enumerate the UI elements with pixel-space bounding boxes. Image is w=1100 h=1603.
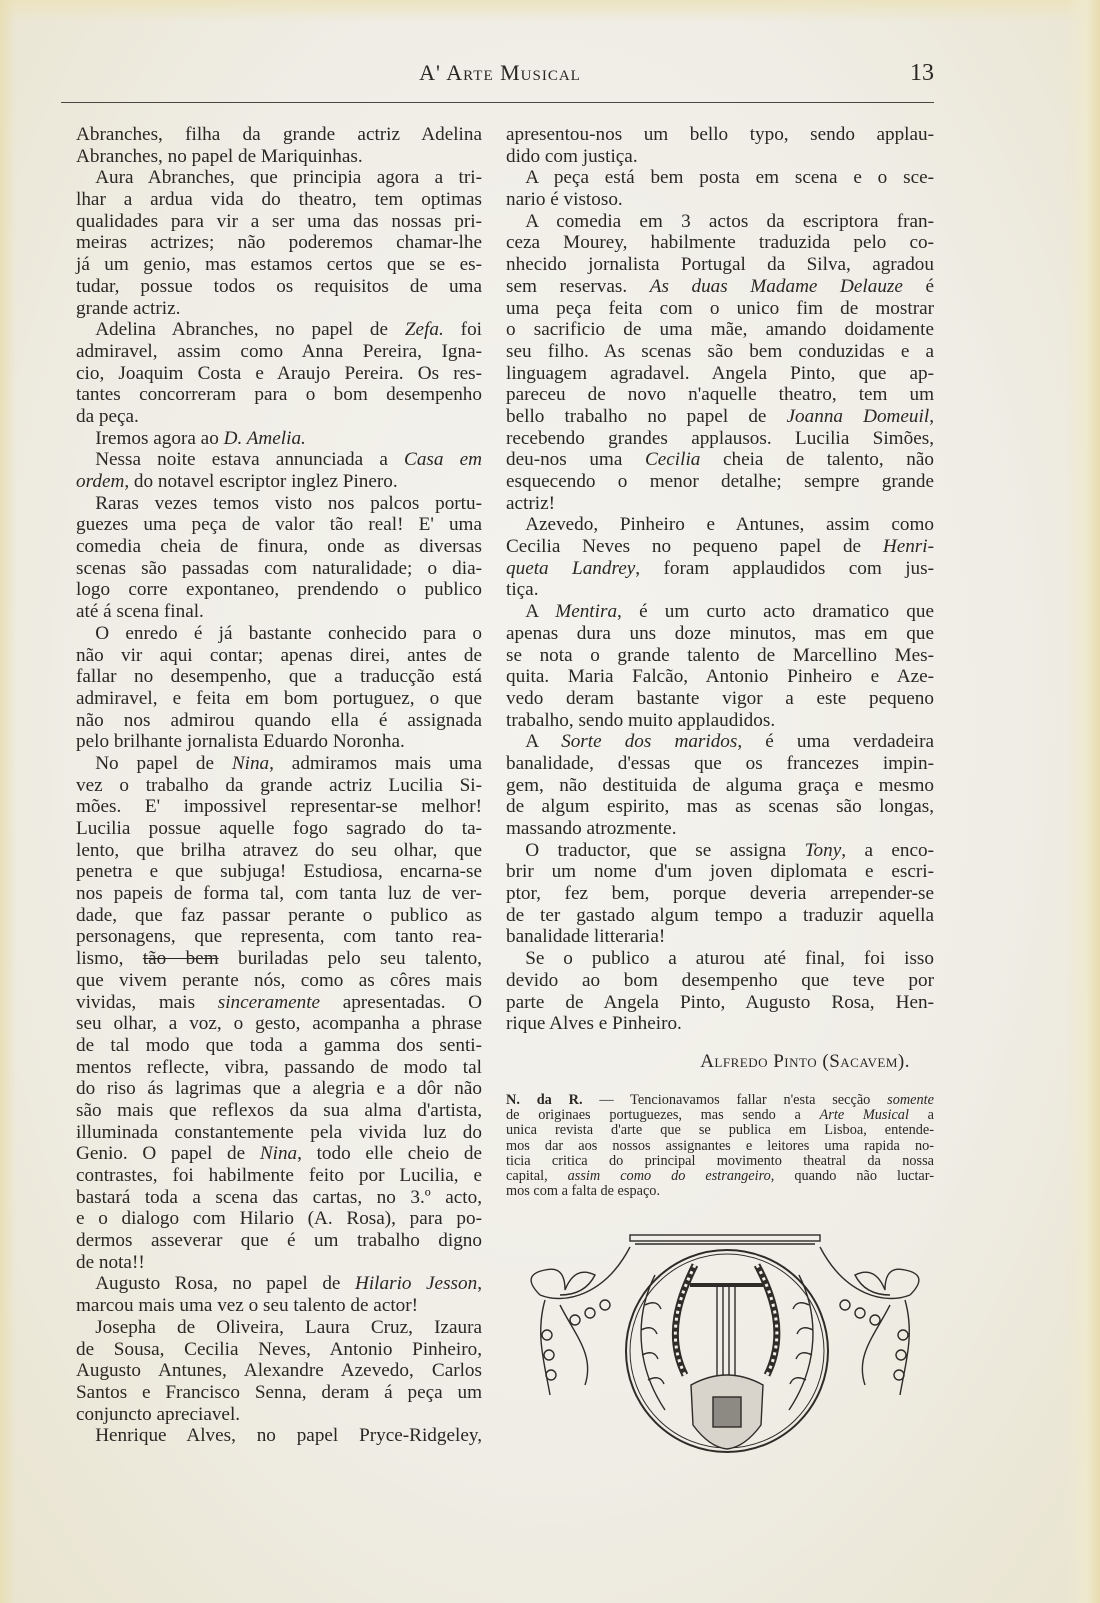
text-line: Cecilia Neves no pequeno papel de Henri- [506, 536, 934, 558]
text-line: capital, assim como do estrangeiro, quan… [506, 1169, 934, 1184]
text-line: Raras vezes temos visto nos palcos portu… [76, 493, 482, 515]
text-line: brir um nome d'um joven diplomata e escr… [506, 861, 934, 883]
text-line: apenas dura uns doze minutos, mas em que [506, 623, 934, 645]
text-line: No papel de Nina, admiramos mais uma [76, 753, 482, 775]
text-line: tudar, possue todos os requisitos de uma [76, 276, 482, 298]
text-line: vedo deram bastante vigor a este pequeno [506, 688, 934, 710]
text-line: Abranches, filha da grande actriz Adelin… [76, 124, 482, 146]
text-line: lhar a ardua vida do theatro, tem optima… [76, 189, 482, 211]
text-line: Augusto Rosa, no papel de Hilario Jesson… [76, 1273, 482, 1295]
text-line: dermos asseverar que é um trabalho digno [76, 1230, 482, 1252]
text-line: até á scena final. [76, 601, 482, 623]
text-line: apresentou-nos um bello typo, sendo appl… [506, 124, 934, 146]
text-line: de tal modo que toda a gamma dos senti- [76, 1035, 482, 1057]
text-line: Abranches, no papel de Mariquinhas. [76, 146, 482, 168]
text-line: qualidades para vir a ser uma das nossas… [76, 211, 482, 233]
text-line: Aura Abranches, que principia agora a tr… [76, 167, 482, 189]
text-line: esquecendo o menor detalhe; sempre grand… [506, 471, 934, 493]
text-line: nos papeis de forma tal, com tanta luz d… [76, 883, 482, 905]
header-rule [61, 102, 934, 103]
text-line: são mais que reflexos da sua alma d'arti… [76, 1100, 482, 1122]
text-line: N. da R. — Tencionavamos fallar n'esta s… [506, 1093, 934, 1108]
text-line: contrastes, foi habilmente feito por Luc… [76, 1165, 482, 1187]
text-line: personagens, que representa, com tanto r… [76, 926, 482, 948]
text-line: tiça. [506, 579, 934, 601]
text-line: admiravel, assim como Anna Pereira, Igna… [76, 341, 482, 363]
text-line: seu olhar, a voz, o gesto, acompanha a p… [76, 1013, 482, 1035]
text-line: bello trabalho no papel de Joanna Domeui… [506, 406, 934, 428]
text-line: que vivem perante nós, como as côres mai… [76, 970, 482, 992]
text-line: scenas são passadas com naturalidade; o … [76, 558, 482, 580]
text-line: Augusto Antunes, Alexandre Azevedo, Carl… [76, 1360, 482, 1382]
text-line: ticia critica do principal movimento the… [506, 1154, 934, 1169]
text-line: Genio. O papel de Nina, todo elle cheio … [76, 1143, 482, 1165]
text-line: guezes uma peça de valor tão real! E' um… [76, 514, 482, 536]
journal-title: A' Arte Musical [60, 60, 940, 86]
text-line: de originaes portuguezes, mas sendo a Ar… [506, 1108, 934, 1123]
lyre-medallion-icon [505, 1225, 950, 1455]
text-line: cio, Joaquim Costa e Araujo Pereira. Os … [76, 363, 482, 385]
text-line: conjuncto apreciavel. [76, 1404, 482, 1426]
text-line: de Sousa, Cecilia Neves, Antonio Pinheir… [76, 1339, 482, 1361]
text-line: já um genio, mas estamos certos que se e… [76, 254, 482, 276]
author-signature: Alfredo Pinto (Sacavem). [650, 1051, 910, 1073]
text-line: Nessa noite estava annunciada a Casa em [76, 449, 482, 471]
text-line: vez o trabalho da grande actriz Lucilia … [76, 775, 482, 797]
text-line: rique Alves e Pinheiro. [506, 1013, 934, 1035]
paper-aged-edge-left [0, 0, 16, 1603]
text-line: Se o publico a aturou até final, foi iss… [506, 948, 934, 970]
text-line: ordem, do notavel escriptor inglez Piner… [76, 471, 482, 493]
text-line: pareceu de novo n'aquelle theatro, tem u… [506, 384, 934, 406]
text-line: massando atrozmente. [506, 818, 934, 840]
text-line: mentos reflecte, vibra, passando de modo… [76, 1057, 482, 1079]
text-line: grande actriz. [76, 298, 482, 320]
text-line: parte de Angela Pinto, Augusto Rosa, Hen… [506, 992, 934, 1014]
text-line: bastará toda a scena das cartas, no 3.º … [76, 1187, 482, 1209]
text-line: O enredo é já bastante conhecido para o [76, 623, 482, 645]
text-line: dido com justiça. [506, 146, 934, 168]
text-line: O traductor, que se assigna Tony, a enco… [506, 840, 934, 862]
text-line: não nos admirou quando ella é assignada [76, 710, 482, 732]
text-line: ceza Mourey, habilmente traduzida pelo c… [506, 232, 934, 254]
text-line: marcou mais uma vez o seu talento de act… [76, 1295, 482, 1317]
text-line: Josepha de Oliveira, Laura Cruz, Izaura [76, 1317, 482, 1339]
text-line: gem, não destituida de alguma graça e me… [506, 775, 934, 797]
text-line: de ter gastado algum tempo a traduzir aq… [506, 905, 934, 927]
text-line: queta Landrey, foram applaudidos com jus… [506, 558, 934, 580]
right-column: apresentou-nos um bello typo, sendo appl… [506, 124, 934, 1035]
text-line: linguagem agradavel. Angela Pinto, que a… [506, 363, 934, 385]
text-line: meiras actrizes; não poderemos chamar-lh… [76, 232, 482, 254]
text-line: mos com a falta de espaço. [506, 1184, 934, 1199]
text-line: fallar no desempenho, que a traducção es… [76, 666, 482, 688]
text-line: pelo brilhante jornalista Eduardo Noronh… [76, 731, 482, 753]
text-line: de nota!! [76, 1252, 482, 1274]
text-line: A comedia em 3 actos da escriptora fran- [506, 211, 934, 233]
text-line: banalidade litteraria! [506, 926, 934, 948]
text-line: Henrique Alves, no papel Pryce-Ridgeley, [76, 1425, 482, 1447]
paper-aged-edge-right [1066, 0, 1100, 1603]
text-line: quita. Maria Falcão, Antonio Pinheiro e … [506, 666, 934, 688]
text-line: não vir aqui contar; apenas direi, antes… [76, 645, 482, 667]
text-line: mões. E' impossivel representar-se melho… [76, 796, 482, 818]
left-column: Abranches, filha da grande actriz Adelin… [76, 124, 482, 1447]
text-line: logo corre expontaneo, prendendo o publi… [76, 579, 482, 601]
text-line: o sacrificio de uma mãe, amando doidamen… [506, 319, 934, 341]
text-line: penetra e que subjuga! Estudiosa, encarn… [76, 861, 482, 883]
page-number: 13 [910, 60, 934, 87]
text-line: uma peça feita com o unico fim de mostra… [506, 298, 934, 320]
text-line: A Mentira, é um curto acto dramatico que [506, 601, 934, 623]
text-line: sem reservas. As duas Madame Delauze é [506, 276, 934, 298]
text-line: ptor, fez bem, porque deveria arrepender… [506, 883, 934, 905]
text-line: tantes concorreram para o bom desempenho [76, 384, 482, 406]
text-line: comedia cheia de finura, onde as diversa… [76, 536, 482, 558]
text-line: recebendo grandes applausos. Lucilia Sim… [506, 428, 934, 450]
text-line: banalidade, d'essas que os francezes imp… [506, 753, 934, 775]
text-line: do riso ás lagrimas que a alegria e a dô… [76, 1078, 482, 1100]
text-line: Santos e Francisco Senna, deram á peça u… [76, 1382, 482, 1404]
text-line: Adelina Abranches, no papel de Zefa. foi [76, 319, 482, 341]
text-line: e o dialogo com Hilario (A. Rosa), para … [76, 1208, 482, 1230]
text-line: nhecido jornalista Portugal da Silva, ag… [506, 254, 934, 276]
text-line: da peça. [76, 406, 482, 428]
text-line: se nota o grande talento de Marcellino M… [506, 645, 934, 667]
text-line: unica revista d'arte que se publica em L… [506, 1123, 934, 1138]
text-line: A Sorte dos maridos, é uma verdadeira [506, 731, 934, 753]
editor-note: N. da R. — Tencionavamos fallar n'esta s… [506, 1093, 934, 1199]
text-line: Iremos agora ao D. Amelia. [76, 428, 482, 450]
text-line: nario é vistoso. [506, 189, 934, 211]
text-line: Azevedo, Pinheiro e Antunes, assim como [506, 514, 934, 536]
text-line: vividas, mais sinceramente apresentadas.… [76, 992, 482, 1014]
lyre-ornament [505, 1225, 950, 1455]
text-line: A peça está bem posta em scena e o sce- [506, 167, 934, 189]
text-line: lento, que brilha atravez do seu olhar, … [76, 840, 482, 862]
paper-aged-edge-top [0, 0, 1100, 22]
text-line: Lucilia possue aquelle fogo sagrado do t… [76, 818, 482, 840]
text-line: trabalho, sendo muito applaudidos. [506, 710, 934, 732]
text-line: dade, que faz passar perante o publico a… [76, 905, 482, 927]
text-line: admiravel, e feita em bom portuguez, o q… [76, 688, 482, 710]
text-line: illuminada constantemente pela vivida lu… [76, 1122, 482, 1144]
text-line: devido ao bom desempenho que teve por [506, 970, 934, 992]
text-line: de algum espirito, mas as scenas são lon… [506, 796, 934, 818]
text-line: mos dar aos nossos assignantes e leitore… [506, 1139, 934, 1154]
text-line: deu-nos uma Cecilia cheia de talento, nã… [506, 449, 934, 471]
text-line: seu filho. As scenas são bem conduzidas … [506, 341, 934, 363]
text-line: actriz! [506, 493, 934, 515]
text-line: lismo, tão bem buriladas pelo seu talent… [76, 948, 482, 970]
running-head: A' Arte Musical 13 [60, 58, 940, 92]
